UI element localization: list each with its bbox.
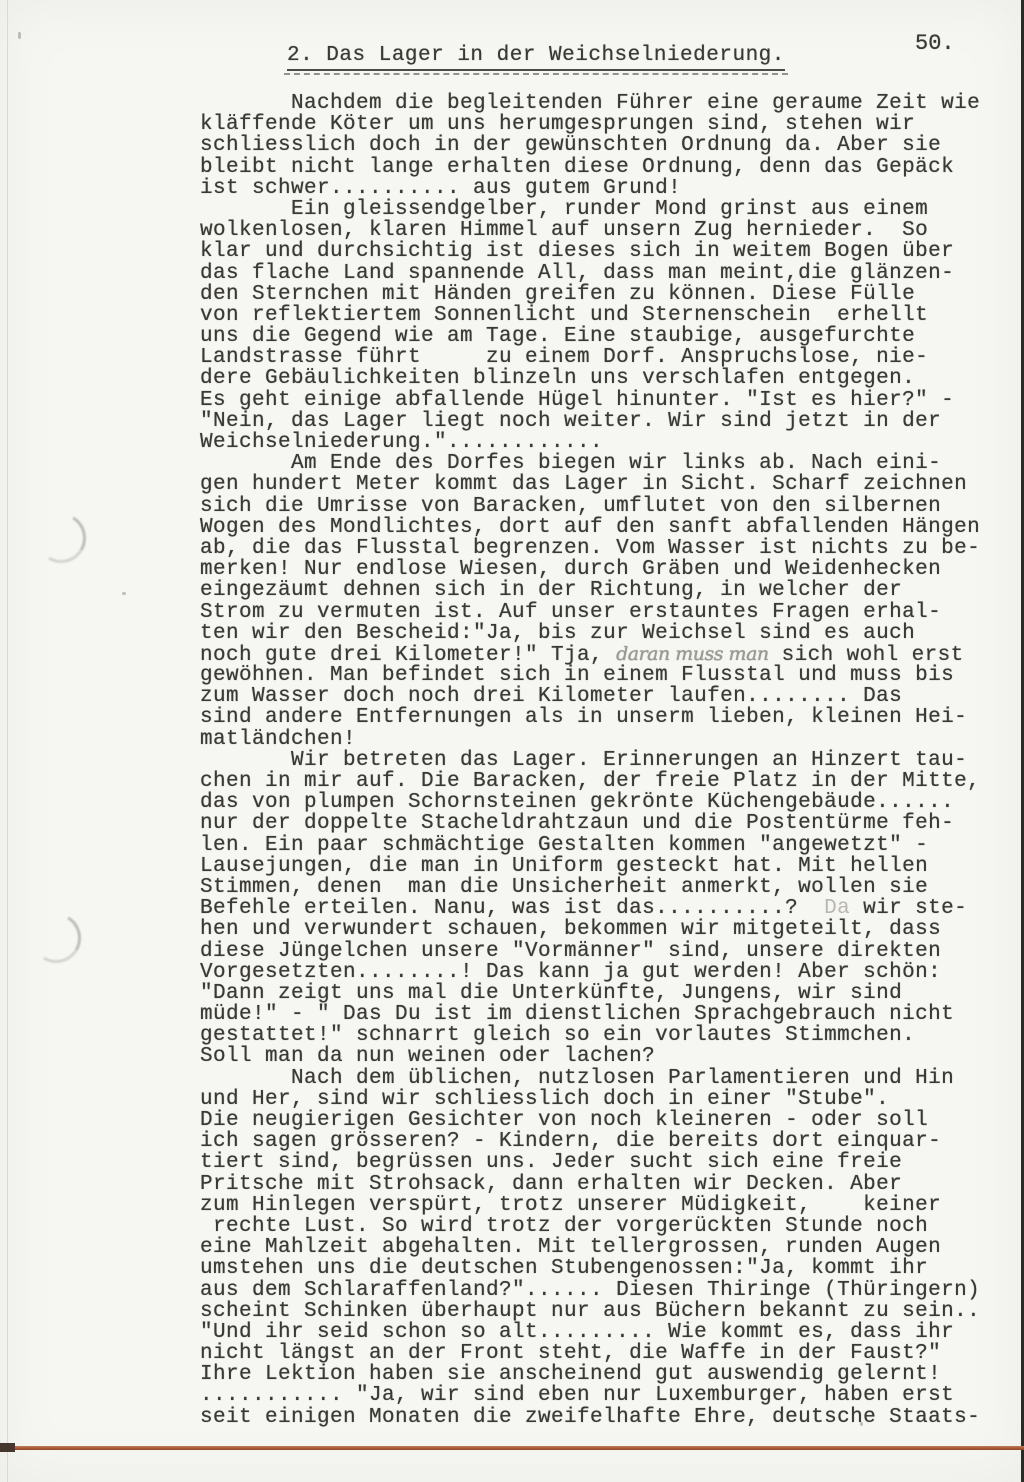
text-line: wolkenlosen, klaren Himmel auf unsern Zu… xyxy=(200,220,980,241)
text-line: seit einigen Monaten die zweifelhafte Eh… xyxy=(200,1407,980,1428)
text-line: Die neugierigen Gesichter von noch klein… xyxy=(200,1110,980,1131)
text-line: Ein gleissendgelber, runder Mond grinst … xyxy=(200,199,980,220)
text-line: hen und verwundert schauen, bekommen wir… xyxy=(200,919,980,940)
text-line: "Und ihr seid schon so alt......... Wie … xyxy=(200,1322,980,1343)
scan-speck xyxy=(18,32,21,39)
text-line: den Sternchen mit Händen greifen zu könn… xyxy=(200,284,980,305)
scan-bottom-rule xyxy=(0,1446,1024,1450)
handwritten-insertion: daran muss man xyxy=(616,643,769,665)
text-line: scheint Schinken überhaupt nur aus Büche… xyxy=(200,1301,980,1322)
text-line: aus dem Schlaraffenland?"...... Diesen T… xyxy=(200,1280,980,1301)
text-line: merken! Nur endlose Wiesen, durch Gräben… xyxy=(200,559,980,580)
punch-hole-mark xyxy=(26,908,87,969)
text-line: Wir betreten das Lager. Erinnerungen an … xyxy=(200,750,980,771)
page-number: 50. xyxy=(915,31,955,56)
text-line: uns die Gegend wie am Tage. Eine staubig… xyxy=(200,326,980,347)
text-line: Soll man da nun weinen oder lachen? xyxy=(200,1046,980,1067)
text-line: ten wir den Bescheid:"Ja, bis zur Weichs… xyxy=(200,623,980,644)
text-line: schliesslich doch in der gewünschten Ord… xyxy=(200,135,980,156)
text-line: sind andere Entfernungen als in unserm l… xyxy=(200,707,980,728)
text-segment: wir ste- xyxy=(850,897,967,920)
faded-text: Da xyxy=(824,897,850,920)
text-line: Am Ende des Dorfes biegen wir links ab. … xyxy=(200,453,980,474)
text-line: gestattet!" schnarrt gleich so ein vorla… xyxy=(200,1025,980,1046)
text-line: Es geht einige abfallende Hügel hinunter… xyxy=(200,390,980,411)
text-line: Wogen des Mondlichtes, dort auf den sanf… xyxy=(200,517,980,538)
text-line: eingezäumt dehnen sich in der Richtung, … xyxy=(200,580,980,601)
text-line: eine Mahlzeit abgehalten. Mit tellergros… xyxy=(200,1237,980,1258)
text-line: gewöhnen. Man befindet sich in einem Flu… xyxy=(200,665,980,686)
text-line: bleibt nicht lange erhalten diese Ordnun… xyxy=(200,157,980,178)
text-line: rechte Lust. So wird trotz der vorgerück… xyxy=(200,1216,980,1237)
text-line: von reflektiertem Sonnenlicht und Sterne… xyxy=(200,305,980,326)
text-block: Nachdem die begleitenden Führer eine ger… xyxy=(200,93,980,1428)
text-line: ........... "Ja, wir sind eben nur Luxem… xyxy=(200,1385,980,1406)
text-line: chen in mir auf. Die Baracken, der freie… xyxy=(200,771,980,792)
page-title-text: 2. Das Lager in der Weichselniederung. xyxy=(287,44,785,71)
text-line: tiert sind, begrüssen uns. Jeder sucht s… xyxy=(200,1152,980,1173)
text-line: umstehen uns die deutschen Stubengenosse… xyxy=(200,1258,980,1279)
text-line: Ihre Lektion haben sie anscheinend gut a… xyxy=(200,1364,980,1385)
text-line: das von plumpen Schornsteinen gekrönte K… xyxy=(200,792,980,813)
text-line: Landstrasse führt zu einem Dorf. Anspruc… xyxy=(200,347,980,368)
text-line: nur der doppelte Stacheldrahtzaun und di… xyxy=(200,813,980,834)
text-line: und Her, sind wir schliesslich doch in e… xyxy=(200,1089,980,1110)
text-line: dere Gebäulichkeiten blinzeln uns versch… xyxy=(200,368,980,389)
text-line: "Nein, das Lager liegt noch weiter. Wir … xyxy=(200,411,980,432)
text-line: nicht längst an der Front steht, die Waf… xyxy=(200,1343,980,1364)
punch-hole-mark xyxy=(31,508,92,569)
scan-speck xyxy=(122,592,126,595)
text-line: zum Hinlegen verspürt, trotz unserer Müd… xyxy=(200,1195,980,1216)
text-line: Nachdem die begleitenden Führer eine ger… xyxy=(200,93,980,114)
text-line: diese Jüngelchen unsere "Vormänner" sind… xyxy=(200,941,980,962)
text-line: len. Ein paar schmächtige Gestalten komm… xyxy=(200,835,980,856)
text-line: müde!" - " Das Du ist im dienstlichen Sp… xyxy=(200,1004,980,1025)
text-line: noch gute drei Kilometer!" Tja, daran mu… xyxy=(200,644,980,665)
page-title: 2. Das Lager in der Weichselniederung. xyxy=(287,44,785,71)
text-line: Weichselniederung."............ xyxy=(200,432,980,453)
text-line: ich sagen grösseren? - Kindern, die bere… xyxy=(200,1131,980,1152)
text-line: Pritsche mit Strohsack, dann erhalten wi… xyxy=(200,1174,980,1195)
text-line: "Dann zeigt uns mal die Unterkünfte, Jun… xyxy=(200,983,980,1004)
text-line: das flache Land spannende All, dass man … xyxy=(200,263,980,284)
text-line: ist schwer.......... aus gutem Grund! xyxy=(200,178,980,199)
text-line: Stimmen, denen man die Unsicherheit anme… xyxy=(200,877,980,898)
text-segment: Befehle erteilen. Nanu, was ist das.....… xyxy=(200,897,824,920)
text-line: matländchen! xyxy=(200,729,980,750)
text-line: Nach dem üblichen, nutzlosen Parlamentie… xyxy=(200,1068,980,1089)
text-line: klar und durchsichtig ist dieses sich in… xyxy=(200,241,980,262)
text-line: Strom zu vermuten ist. Auf unser erstaun… xyxy=(200,602,980,623)
text-line: Lausejungen, die man in Uniform gesteckt… xyxy=(200,856,980,877)
scan-left-edge-line xyxy=(7,0,8,1482)
text-line: Befehle erteilen. Nanu, was ist das.....… xyxy=(200,898,980,919)
text-line: sich die Umrisse von Baracken, umflutet … xyxy=(200,496,980,517)
text-line: gen hundert Meter kommt das Lager in Sic… xyxy=(200,474,980,495)
text-line: Vorgesetzten........! Das kann ja gut we… xyxy=(200,962,980,983)
text-line: kläffende Köter um uns herumgesprungen s… xyxy=(200,114,980,135)
text-line: ab, die das Flusstal begrenzen. Vom Wass… xyxy=(200,538,980,559)
scan-bottom-rule-cap xyxy=(0,1443,15,1452)
text-line: zum Wasser doch noch drei Kilometer lauf… xyxy=(200,686,980,707)
document-page: 50. 2. Das Lager in der Weichselniederun… xyxy=(0,0,1024,1482)
